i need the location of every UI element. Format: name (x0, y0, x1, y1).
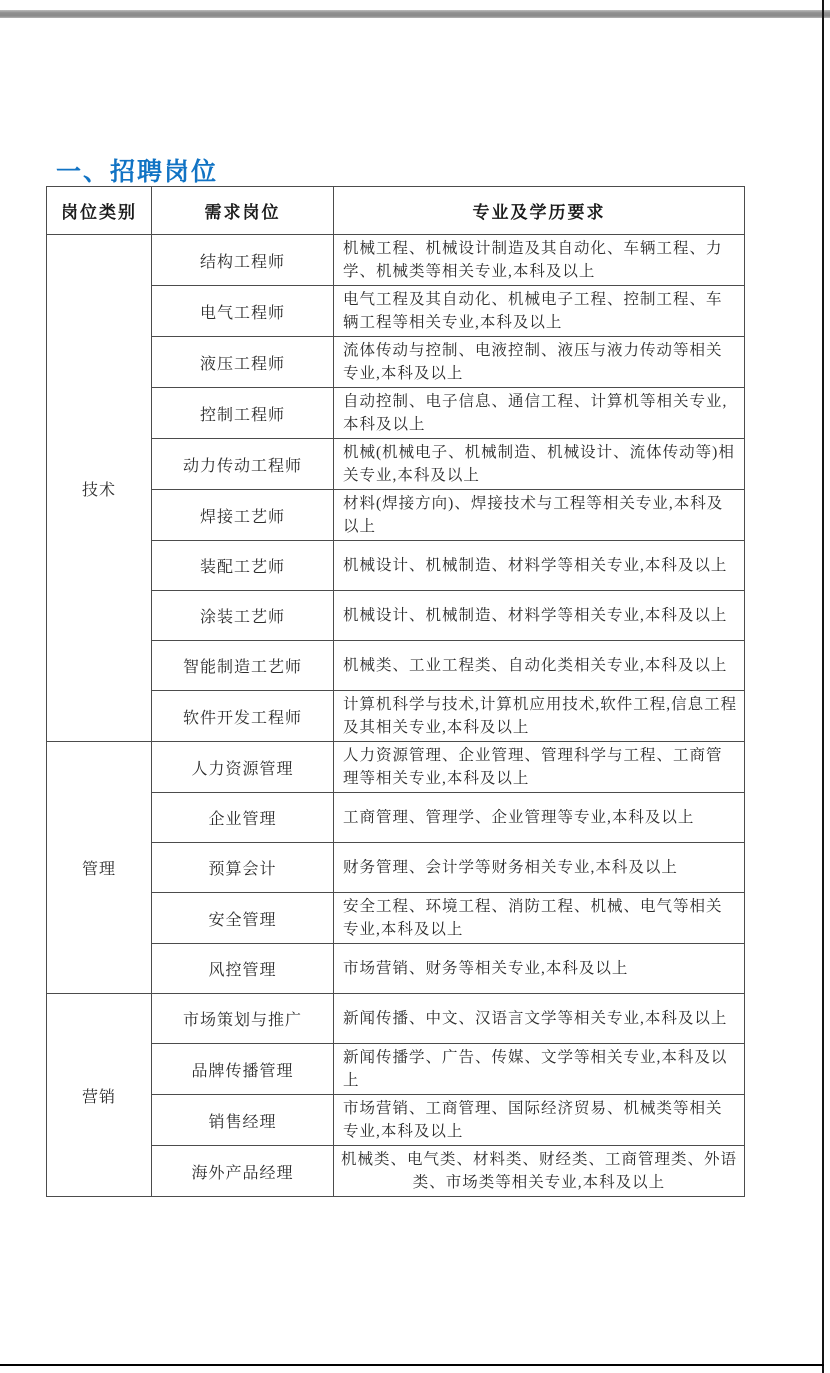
table-row: 焊接工艺师材料(焊接方向)、焊接技术与工程等相关专业,本科及以上 (47, 490, 745, 541)
requirement-cell: 材料(焊接方向)、焊接技术与工程等相关专业,本科及以上 (334, 490, 745, 541)
position-cell: 涂装工艺师 (152, 591, 334, 641)
document-page: { "page": { "title": "一、招聘岗位", "title_co… (0, 0, 830, 1373)
position-cell: 企业管理 (152, 793, 334, 843)
table-row: 软件开发工程师计算机科学与技术,计算机应用技术,软件工程,信息工程及其相关专业,… (47, 691, 745, 742)
requirement-cell: 市场营销、工商管理、国际经济贸易、机械类等相关专业,本科及以上 (334, 1095, 745, 1146)
table-body: 技术结构工程师机械工程、机械设计制造及其自动化、车辆工程、力学、机械类等相关专业… (47, 235, 745, 1197)
table-row: 企业管理工商管理、管理学、企业管理等专业,本科及以上 (47, 793, 745, 843)
requirement-cell: 流体传动与控制、电液控制、液压与液力传动等相关专业,本科及以上 (334, 337, 745, 388)
table-row: 风控管理市场营销、财务等相关专业,本科及以上 (47, 944, 745, 994)
requirement-cell: 机械设计、机械制造、材料学等相关专业,本科及以上 (334, 541, 745, 591)
table-row: 涂装工艺师机械设计、机械制造、材料学等相关专业,本科及以上 (47, 591, 745, 641)
requirement-cell: 电气工程及其自动化、机械电子工程、控制工程、车辆工程等相关专业,本科及以上 (334, 286, 745, 337)
page-title: 一、招聘岗位 (56, 157, 218, 187)
table-row: 安全管理安全工程、环境工程、消防工程、机械、电气等相关专业,本科及以上 (47, 893, 745, 944)
position-cell: 智能制造工艺师 (152, 641, 334, 691)
requirement-cell: 新闻传播、中文、汉语言文学等相关专业,本科及以上 (334, 994, 745, 1044)
position-cell: 焊接工艺师 (152, 490, 334, 541)
header-requirement: 专业及学历要求 (334, 187, 745, 235)
table-row: 装配工艺师机械设计、机械制造、材料学等相关专业,本科及以上 (47, 541, 745, 591)
position-cell: 人力资源管理 (152, 742, 334, 793)
position-cell: 海外产品经理 (152, 1146, 334, 1197)
position-cell: 结构工程师 (152, 235, 334, 286)
table-row: 营销市场策划与推广新闻传播、中文、汉语言文学等相关专业,本科及以上 (47, 994, 745, 1044)
table-row: 液压工程师流体传动与控制、电液控制、液压与液力传动等相关专业,本科及以上 (47, 337, 745, 388)
table-row: 电气工程师电气工程及其自动化、机械电子工程、控制工程、车辆工程等相关专业,本科及… (47, 286, 745, 337)
requirement-cell: 计算机科学与技术,计算机应用技术,软件工程,信息工程及其相关专业,本科及以上 (334, 691, 745, 742)
header-category: 岗位类别 (47, 187, 152, 235)
requirement-cell: 自动控制、电子信息、通信工程、计算机等相关专业,本科及以上 (334, 388, 745, 439)
position-cell: 预算会计 (152, 843, 334, 893)
requirement-cell: 市场营销、财务等相关专业,本科及以上 (334, 944, 745, 994)
position-cell: 控制工程师 (152, 388, 334, 439)
requirement-cell: 安全工程、环境工程、消防工程、机械、电气等相关专业,本科及以上 (334, 893, 745, 944)
position-cell: 软件开发工程师 (152, 691, 334, 742)
requirement-cell: 人力资源管理、企业管理、管理科学与工程、工商管理等相关专业,本科及以上 (334, 742, 745, 793)
bottom-divider-line (0, 1364, 824, 1366)
table-row: 控制工程师自动控制、电子信息、通信工程、计算机等相关专业,本科及以上 (47, 388, 745, 439)
position-cell: 市场策划与推广 (152, 994, 334, 1044)
position-cell: 风控管理 (152, 944, 334, 994)
page-edge-line (822, 0, 824, 1373)
position-cell: 销售经理 (152, 1095, 334, 1146)
category-cell: 管理 (47, 742, 152, 994)
requirement-cell: 机械类、电气类、材料类、财经类、工商管理类、外语类、市场类等相关专业,本科及以上 (334, 1146, 745, 1197)
requirement-cell: 机械类、工业工程类、自动化类相关专业,本科及以上 (334, 641, 745, 691)
header-position: 需求岗位 (152, 187, 334, 235)
requirement-cell: 机械工程、机械设计制造及其自动化、车辆工程、力学、机械类等相关专业,本科及以上 (334, 235, 745, 286)
requirement-cell: 工商管理、管理学、企业管理等专业,本科及以上 (334, 793, 745, 843)
position-cell: 动力传动工程师 (152, 439, 334, 490)
requirement-cell: 机械(机械电子、机械制造、机械设计、流体传动等)相关专业,本科及以上 (334, 439, 745, 490)
table-header-row: 岗位类别 需求岗位 专业及学历要求 (47, 187, 745, 235)
table-row: 品牌传播管理新闻传播学、广告、传媒、文学等相关专业,本科及以上 (47, 1044, 745, 1095)
table-row: 管理人力资源管理人力资源管理、企业管理、管理科学与工程、工商管理等相关专业,本科… (47, 742, 745, 793)
position-cell: 品牌传播管理 (152, 1044, 334, 1095)
requirement-cell: 新闻传播学、广告、传媒、文学等相关专业,本科及以上 (334, 1044, 745, 1095)
positions-table: 岗位类别 需求岗位 专业及学历要求 技术结构工程师机械工程、机械设计制造及其自动… (46, 186, 745, 1197)
table-row: 技术结构工程师机械工程、机械设计制造及其自动化、车辆工程、力学、机械类等相关专业… (47, 235, 745, 286)
category-cell: 技术 (47, 235, 152, 742)
table-row: 销售经理市场营销、工商管理、国际经济贸易、机械类等相关专业,本科及以上 (47, 1095, 745, 1146)
requirement-cell: 机械设计、机械制造、材料学等相关专业,本科及以上 (334, 591, 745, 641)
table-row: 海外产品经理机械类、电气类、材料类、财经类、工商管理类、外语类、市场类等相关专业… (47, 1146, 745, 1197)
requirement-cell: 财务管理、会计学等财务相关专业,本科及以上 (334, 843, 745, 893)
table-row: 动力传动工程师机械(机械电子、机械制造、机械设计、流体传动等)相关专业,本科及以… (47, 439, 745, 490)
category-cell: 营销 (47, 994, 152, 1197)
position-cell: 装配工艺师 (152, 541, 334, 591)
table-row: 智能制造工艺师机械类、工业工程类、自动化类相关专业,本科及以上 (47, 641, 745, 691)
top-divider-bar (0, 10, 830, 18)
table-row: 预算会计财务管理、会计学等财务相关专业,本科及以上 (47, 843, 745, 893)
position-cell: 电气工程师 (152, 286, 334, 337)
position-cell: 安全管理 (152, 893, 334, 944)
position-cell: 液压工程师 (152, 337, 334, 388)
